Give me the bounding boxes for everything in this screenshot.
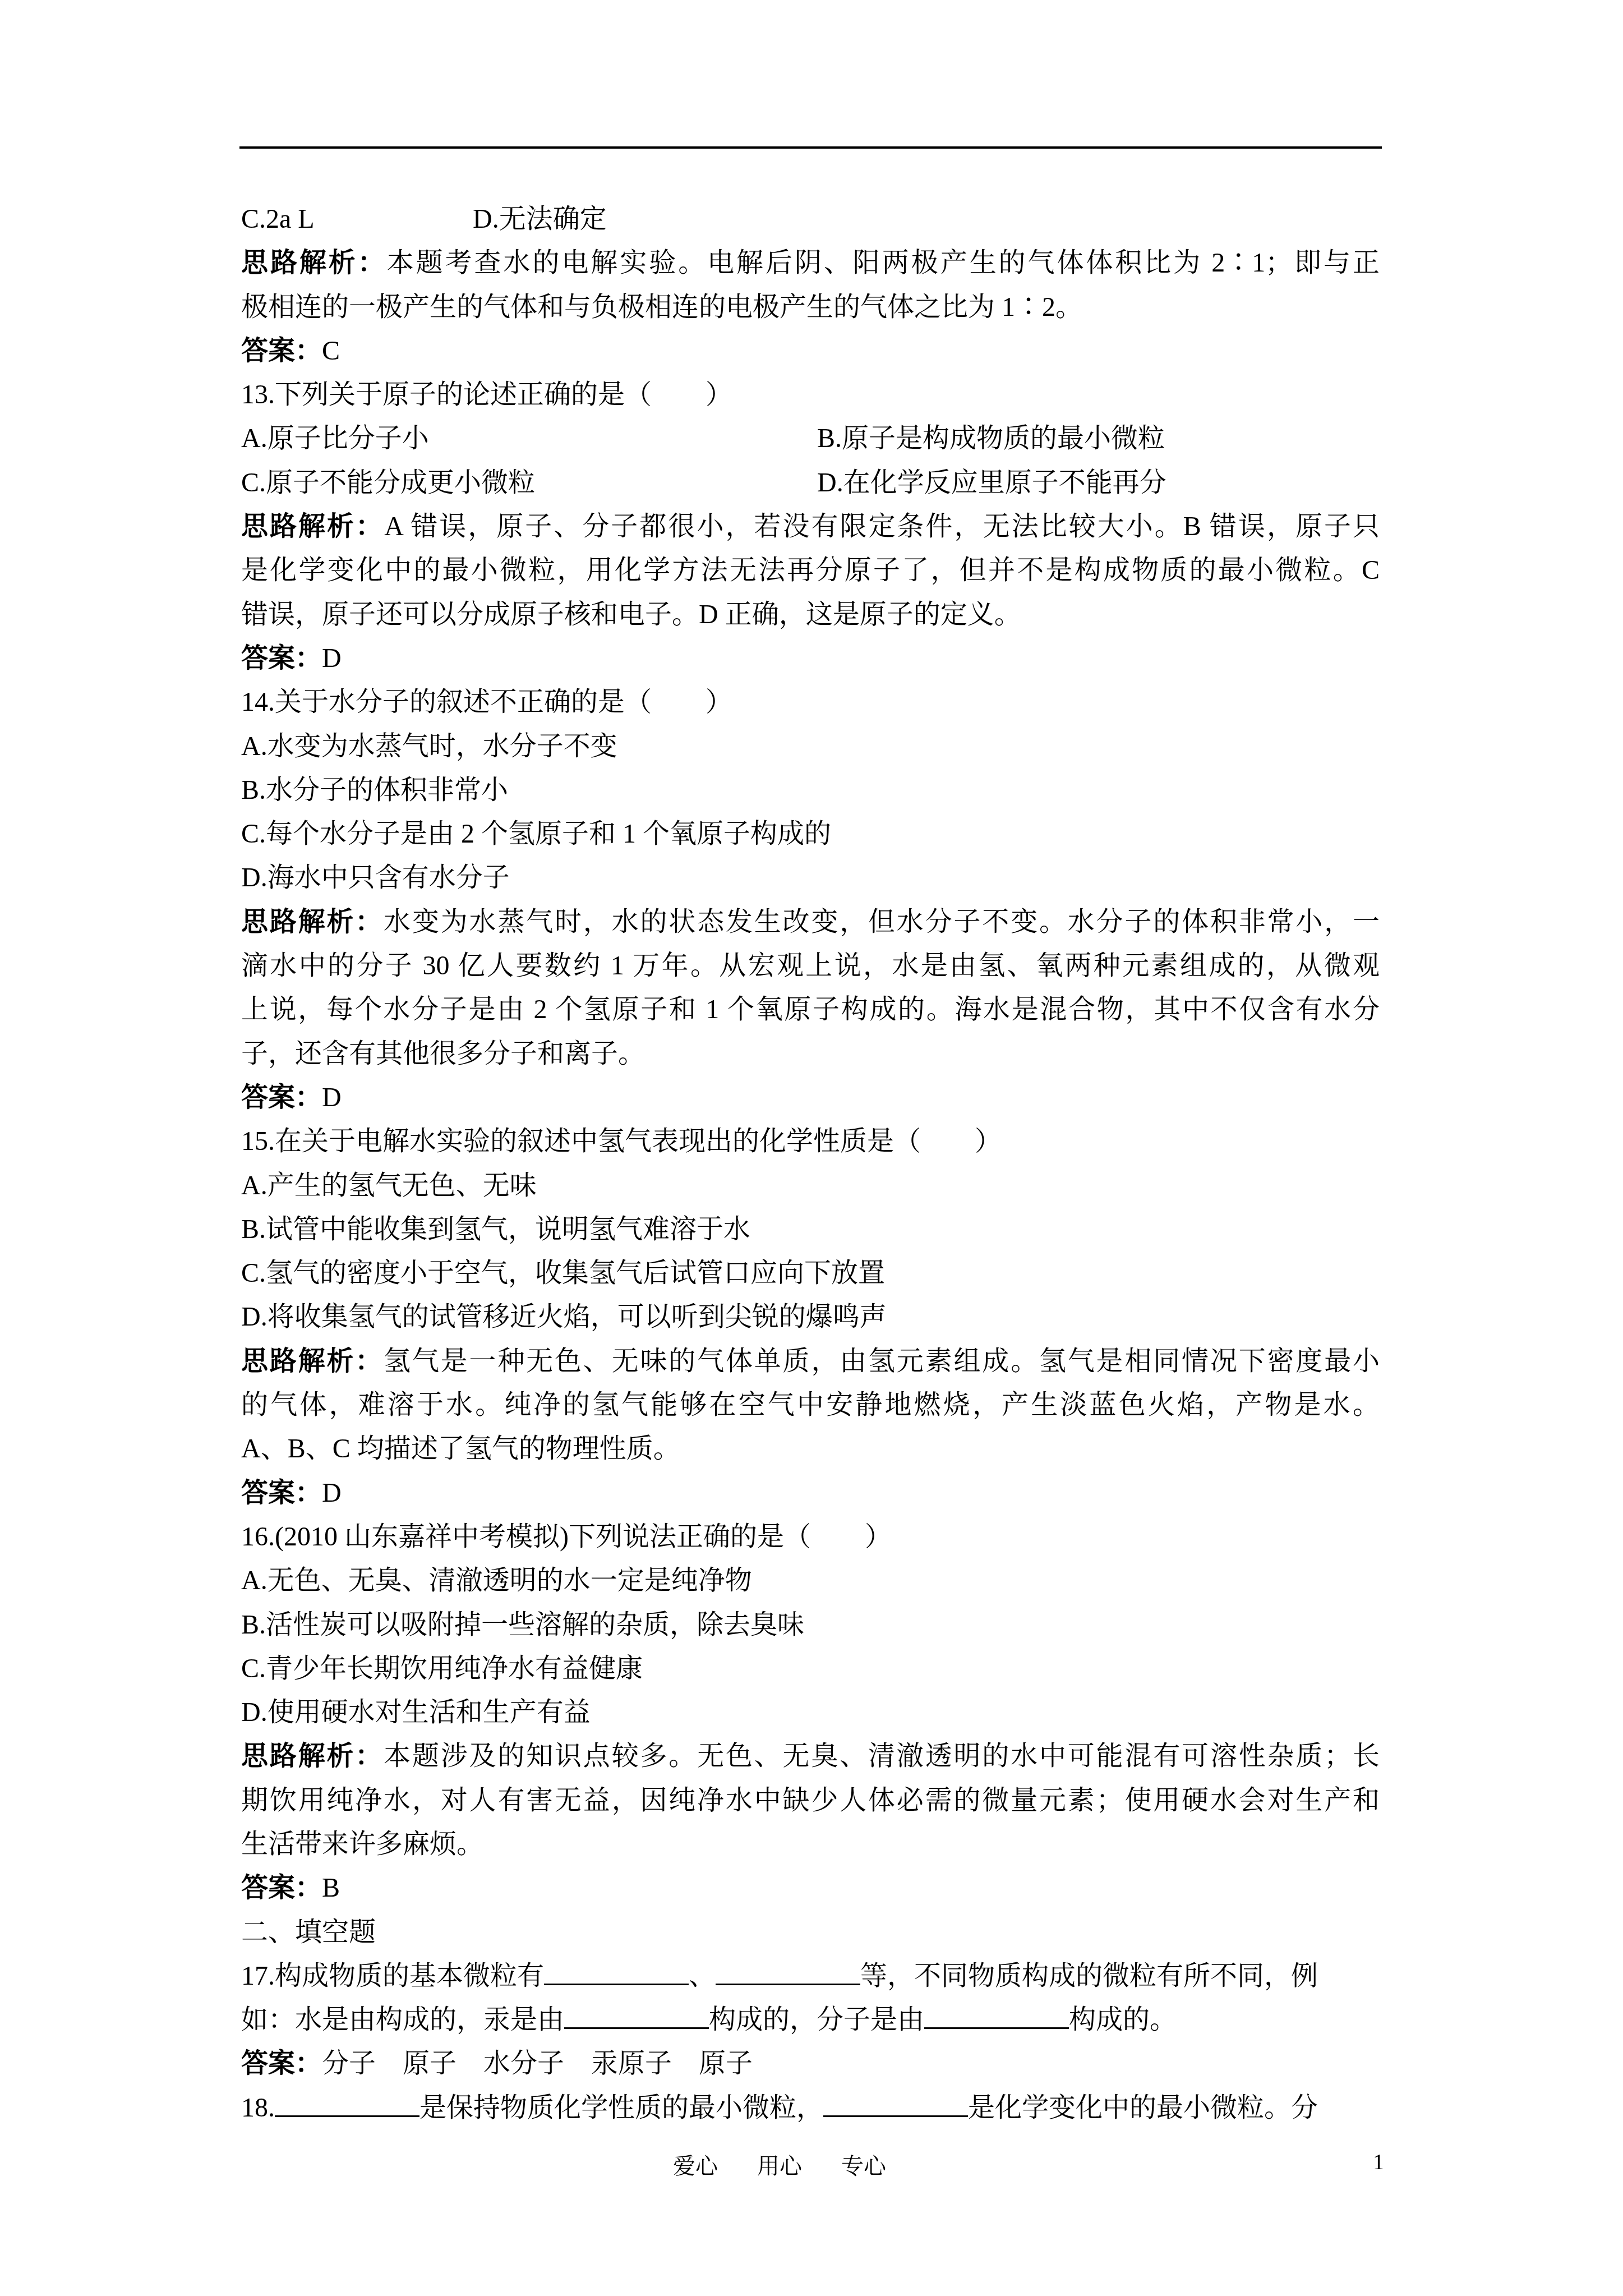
q12-option-c: C.2a L <box>241 204 315 234</box>
q13-analysis-line-3: 错误，原子还可以分成原子核和电子。D 正确，这是原子的定义。 <box>241 593 1380 637</box>
answer-label: 答案： <box>241 1873 322 1903</box>
q15-option-d: D.将收集氢气的试管移近火焰，可以听到尖锐的爆鸣声 <box>241 1295 1380 1339</box>
answer-label: 答案： <box>241 643 322 673</box>
q14-option-b: B.水分子的体积非常小 <box>241 769 1380 812</box>
fill-blank[interactable] <box>716 1954 860 1985</box>
q12-analysis-line-1: 思路解析：本题考查水的电解实验。电解后阴、阳两极产生的气体体积比为 2∶1；即与… <box>241 241 1380 285</box>
q12-answer: 答案：C <box>241 329 1380 373</box>
fill-blank[interactable] <box>275 2086 419 2117</box>
motto-word: 专心 <box>841 2154 886 2179</box>
document-body: C.2a L D.无法确定 思路解析：本题考查水的电解实验。电解后阴、阳两极产生… <box>241 197 1380 2130</box>
q17-answer: 答案：分子 原子 水分子 汞原子 原子 <box>241 2042 1380 2086</box>
q13-analysis-line-1: 思路解析：A 错误，原子、分子都很小，若没有限定条件，无法比较大小。B 错误，原… <box>241 505 1380 549</box>
q15-analysis-line-2: 的气体，难溶于水。纯净的氢气能够在空气中安静地燃烧，产生淡蓝色火焰，产物是水。 <box>241 1383 1380 1427</box>
q12-option-d: D.无法确定 <box>473 197 607 241</box>
q18-text: 是保持物质化学性质的最小微粒， <box>419 2093 823 2123</box>
footer-motto: 爱心用心专心 <box>673 2148 925 2180</box>
q18-line-1: 18.是保持物质化学性质的最小微粒，是化学变化中的最小微粒。分 <box>241 2086 1380 2130</box>
analysis-label: 思路解析： <box>241 512 384 541</box>
q15-stem: 15.在关于电解水实验的叙述中氢气表现出的化学性质是（ ） <box>241 1120 1380 1163</box>
q16-answer: 答案：B <box>241 1866 1380 1910</box>
q17-text: 17.构成物质的基本微粒有 <box>241 1961 544 1991</box>
analysis-text: 本题涉及的知识点较多。无色、无臭、清澈透明的水中可能混有可溶性杂质；长 <box>384 1741 1380 1771</box>
q14-analysis-line-2: 滴水中的分子 30 亿人要数约 1 万年。从宏观上说，水是由氢、氧两种元素组成的… <box>241 944 1380 988</box>
q16-analysis-line-1: 思路解析：本题涉及的知识点较多。无色、无臭、清澈透明的水中可能混有可溶性杂质；长 <box>241 1734 1380 1778</box>
answer-label: 答案： <box>241 1478 322 1508</box>
q14-option-d: D.海水中只含有水分子 <box>241 856 1380 900</box>
q14-analysis-line-3: 上说，每个水分子是由 2 个氢原子和 1 个氧原子构成的。海水是混合物，其中不仅… <box>241 988 1380 1032</box>
answer-label: 答案： <box>241 2049 322 2078</box>
answer-value: D <box>322 643 342 673</box>
q14-analysis-line-4: 子，还含有其他很多分子和离子。 <box>241 1032 1380 1076</box>
q16-stem: 16.(2010 山东嘉祥中考模拟)下列说法正确的是（ ） <box>241 1515 1380 1559</box>
motto-word: 用心 <box>757 2154 802 2179</box>
q16-option-a: A.无色、无臭、清澈透明的水一定是纯净物 <box>241 1559 1380 1603</box>
answer-value: B <box>322 1873 340 1903</box>
page-footer: 爱心用心专心 1 <box>0 2148 1623 2182</box>
q16-analysis-line-2: 期饮用纯净水，对人有害无益，因纯净水中缺少人体必需的微量元素；使用硬水会对生产和 <box>241 1779 1380 1823</box>
q13-stem: 13.下列关于原子的论述正确的是（ ） <box>241 373 1380 417</box>
q13-analysis-line-2: 是化学变化中的最小微粒，用化学方法无法再分原子了，但并不是构成物质的最小微粒。C <box>241 549 1380 592</box>
q16-option-c: C.青少年长期饮用纯净水有益健康 <box>241 1647 1380 1691</box>
q17-separator: 、 <box>689 1961 716 1991</box>
q17-line-2: 如：水是由构成的，汞是由构成的，分子是由构成的。 <box>241 1998 1380 2042</box>
q17-text: 如：水是由构成的，汞是由 <box>241 2005 564 2035</box>
header-rule <box>239 146 1382 149</box>
q12-analysis-line-2: 极相连的一极产生的气体和与负极相连的电极产生的气体之比为 1∶2。 <box>241 286 1380 329</box>
q13-option-b: B.原子是构成物质的最小微粒 <box>817 417 1165 461</box>
q13-option-c: C.原子不能分成更小微粒 <box>241 468 535 498</box>
analysis-text: 氢气是一种无色、无味的气体单质，由氢元素组成。氢气是相同情况下密度最小 <box>384 1346 1380 1376</box>
q17-line-1: 17.构成物质的基本微粒有、等，不同物质构成的微粒有所不同，例 <box>241 1954 1380 1998</box>
answer-label: 答案： <box>241 336 322 366</box>
q16-analysis-line-3: 生活带来许多麻烦。 <box>241 1823 1380 1866</box>
q17-text: 等，不同物质构成的微粒有所不同，例 <box>860 1961 1318 1991</box>
analysis-text: A 错误，原子、分子都很小，若没有限定条件，无法比较大小。B 错误，原子只 <box>384 512 1380 541</box>
analysis-label: 思路解析： <box>241 248 387 278</box>
answer-label: 答案： <box>241 1083 322 1112</box>
answer-value: D <box>322 1083 342 1112</box>
q14-analysis-line-1: 思路解析：水变为水蒸气时，水的状态发生改变，但水分子不变。水分子的体积非常小，一 <box>241 900 1380 944</box>
analysis-text: 水变为水蒸气时，水的状态发生改变，但水分子不变。水分子的体积非常小，一 <box>384 907 1380 937</box>
answer-value: 分子 原子 水分子 汞原子 原子 <box>322 2049 753 2078</box>
answer-value: D <box>322 1478 342 1508</box>
fill-blank[interactable] <box>564 1998 709 2029</box>
fill-blank[interactable] <box>924 1998 1069 2029</box>
q15-answer: 答案：D <box>241 1471 1380 1515</box>
q15-option-a: A.产生的氢气无色、无味 <box>241 1164 1380 1208</box>
q14-answer: 答案：D <box>241 1076 1380 1120</box>
q17-text: 构成的，分子是由 <box>709 2005 924 2035</box>
q13-options-row-1: A.原子比分子小 B.原子是构成物质的最小微粒 <box>241 417 1380 461</box>
q13-option-d: D.在化学反应里原子不能再分 <box>817 461 1166 505</box>
analysis-label: 思路解析： <box>241 1346 384 1376</box>
analysis-label: 思路解析： <box>241 907 384 937</box>
q18-text: 是化学变化中的最小微粒。分 <box>968 2093 1318 2123</box>
q14-stem: 14.关于水分子的叙述不正确的是（ ） <box>241 680 1380 724</box>
q15-option-b: B.试管中能收集到氢气，说明氢气难溶于水 <box>241 1208 1380 1251</box>
q13-options-row-2: C.原子不能分成更小微粒 D.在化学反应里原子不能再分 <box>241 461 1380 505</box>
q15-option-c: C.氢气的密度小于空气，收集氢气后试管口应向下放置 <box>241 1251 1380 1295</box>
fill-blank[interactable] <box>823 2086 968 2117</box>
q13-option-a: A.原子比分子小 <box>241 424 429 453</box>
section-title-fill-in: 二、填空题 <box>241 1911 1380 1954</box>
analysis-text: 本题考查水的电解实验。电解后阴、阳两极产生的气体体积比为 2∶1；即与正 <box>387 248 1380 278</box>
q15-analysis-line-3: A、B、C 均描述了氢气的物理性质。 <box>241 1427 1380 1471</box>
q14-option-a: A.水变为水蒸气时，水分子不变 <box>241 725 1380 769</box>
q14-option-c: C.每个水分子是由 2 个氢原子和 1 个氧原子构成的 <box>241 812 1380 856</box>
page-number: 1 <box>1373 2148 1384 2175</box>
q13-answer: 答案：D <box>241 637 1380 680</box>
analysis-label: 思路解析： <box>241 1741 384 1771</box>
motto-word: 爱心 <box>673 2154 718 2179</box>
q16-option-b: B.活性炭可以吸附掉一些溶解的杂质，除去臭味 <box>241 1603 1380 1647</box>
q12-options-line: C.2a L D.无法确定 <box>241 197 1380 241</box>
answer-value: C <box>322 336 340 366</box>
q16-option-d: D.使用硬水对生活和生产有益 <box>241 1691 1380 1734</box>
q17-text: 构成的。 <box>1069 2005 1177 2035</box>
q18-number: 18. <box>241 2093 275 2123</box>
q15-analysis-line-1: 思路解析：氢气是一种无色、无味的气体单质，由氢元素组成。氢气是相同情况下密度最小 <box>241 1340 1380 1383</box>
fill-blank[interactable] <box>544 1954 689 1985</box>
